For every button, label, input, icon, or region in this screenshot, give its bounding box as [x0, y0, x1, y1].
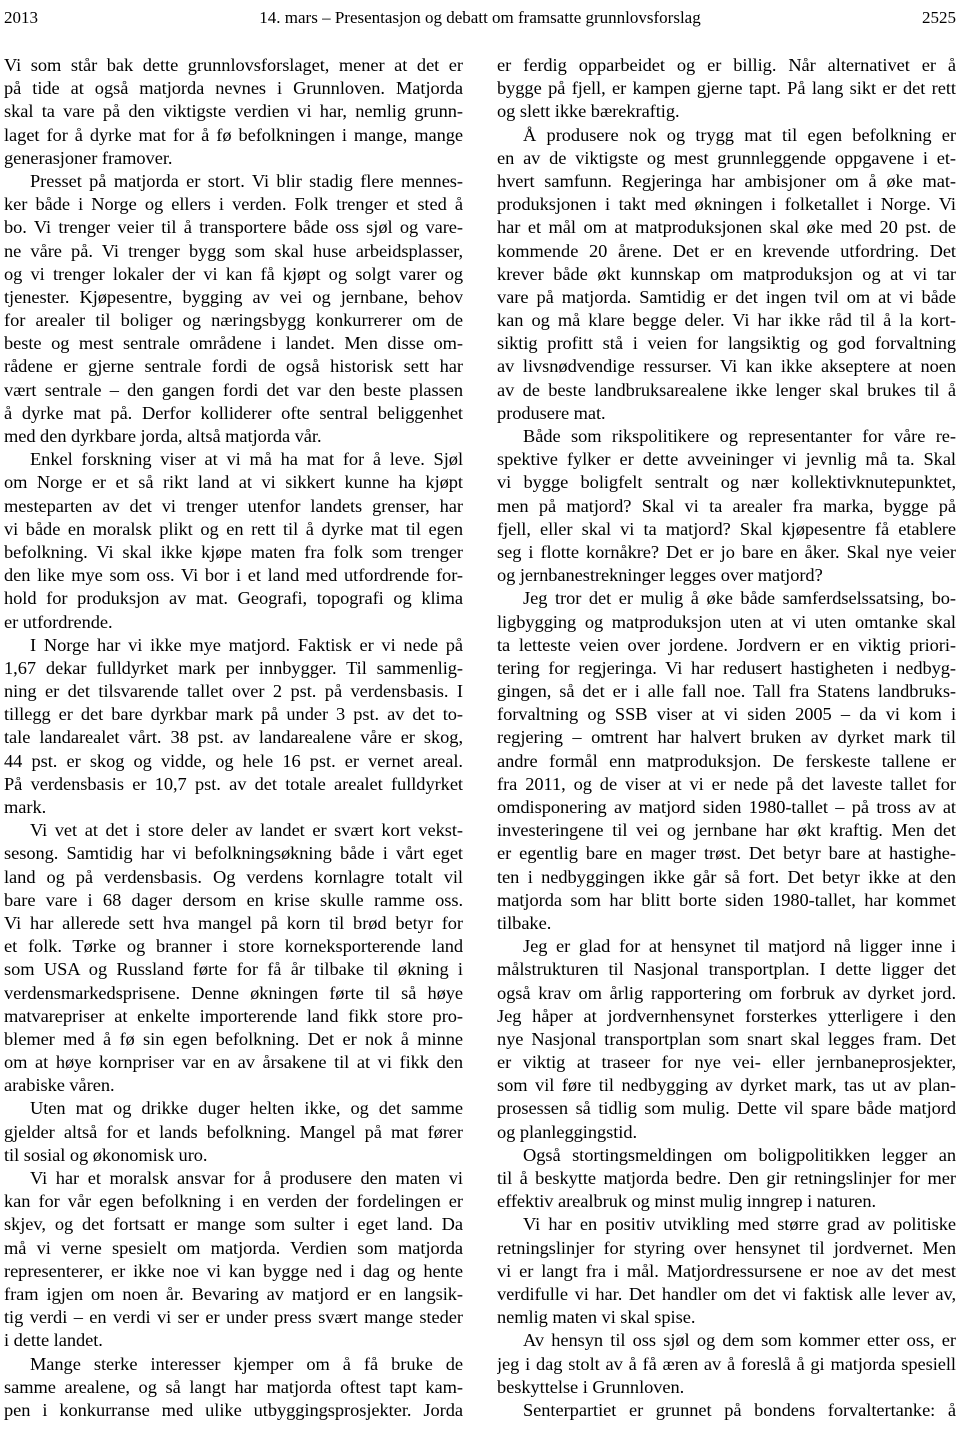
text-columns: Vi som står bak dette grunnlovsforslaget…	[4, 54, 956, 1422]
text-line: ker både i Norge og ellers i verden. Fol…	[4, 193, 463, 216]
text-line: arabiske våren.	[4, 1074, 463, 1097]
paragraph: Vi som står bak dette grunnlovsforslaget…	[4, 54, 463, 170]
text-line: tilbake.	[497, 912, 956, 935]
text-line: Mange sterke interesser kjemper om å få …	[4, 1353, 463, 1376]
text-line: spektive fylker er dette avveininger vi …	[497, 448, 956, 471]
text-line: målstrukturen til Nasjonal transportplan…	[497, 958, 956, 981]
paragraph: Enkel forskning viser at vi må ha mat fo…	[4, 448, 463, 634]
text-line: i dette landet.	[4, 1329, 463, 1352]
text-line: samme arealene, og så langt har matjorda…	[4, 1376, 463, 1399]
text-line: Uten mat og drikke duger helten ikke, og…	[4, 1097, 463, 1120]
text-line: Vi har allerede sett hva mangel på korn …	[4, 912, 463, 935]
text-line: ligbygging og matproduksjon uten at vi u…	[497, 611, 956, 634]
text-line: fram igjen om noen år. Bevaring av matjo…	[4, 1283, 463, 1306]
text-line: på tide at også matjorda nevnes i Grunnl…	[4, 77, 463, 100]
text-line: må vi verne spesielt om matjorda. Verdie…	[4, 1237, 463, 1260]
text-line: men på matjord? Skal vi ta arealer fra m…	[497, 495, 956, 518]
text-line: Vi som står bak dette grunnlovsforslaget…	[4, 54, 463, 77]
text-line: andre formål enn matproduksjon. De fersk…	[497, 750, 956, 773]
text-line: verdensmarkedsprisene. Denne økningen fø…	[4, 982, 463, 1005]
text-line: bo. Vi trenger veier til å transportere …	[4, 216, 463, 239]
text-line: av de beste landbruksarealene ikke lenge…	[497, 379, 956, 402]
text-line: vi er langt fra i mål. Matjordressursene…	[497, 1260, 956, 1283]
right-column: er ferdig opparbeidet og er billig. Når …	[497, 54, 956, 1422]
text-line: Presset på matjorda er stort. Vi blir st…	[4, 170, 463, 193]
text-line: Jeg tror det er mulig å øke både samferd…	[497, 587, 956, 610]
text-line: ten i nedbyggingen ikke går så fort. Det…	[497, 866, 956, 889]
text-line: og slett ikke bærekraftig.	[497, 100, 956, 123]
text-line: bygge på fjell, er kampen gjerne tapt. P…	[497, 77, 956, 100]
text-line: kan for vår egen befolkning i en verden …	[4, 1190, 463, 1213]
text-line: pen i konkurranse med ulike utbyggingspr…	[4, 1399, 463, 1422]
text-line: matvarepriser at enkelte importerende la…	[4, 1005, 463, 1028]
paragraph: Vi vet at det i store deler av landet er…	[4, 819, 463, 1097]
paragraph: Mange sterke interesser kjemper om å få …	[4, 1353, 463, 1423]
text-line: kan og må klare begge deler. Vi har ikke…	[497, 309, 956, 332]
document-page: { "page": { "background_color": "#ffffff…	[0, 0, 960, 1430]
text-line: mark.	[4, 796, 463, 819]
text-line: om at høye kornpriser var en av årsakene…	[4, 1051, 463, 1074]
text-line: nye Nasjonal transportplan som snart ska…	[497, 1028, 956, 1051]
text-line: produksjonen i takt med økningen i folke…	[497, 193, 956, 216]
text-line: omdisponering av matjord siden 1980-tall…	[497, 796, 956, 819]
paragraph: Både som rikspolitikere og representante…	[497, 425, 956, 587]
paragraph: Av hensyn til oss sjøl og dem som kommer…	[497, 1329, 956, 1399]
text-line: kommende 20 årene. Det er en krevende ut…	[497, 240, 956, 263]
paragraph: Vi har en positiv utvikling med større g…	[497, 1213, 956, 1329]
text-line: for arealer til boliger og næringsbygg k…	[4, 309, 463, 332]
paragraph: Senterpartiet er grunnet på bondens forv…	[497, 1399, 956, 1422]
text-line: om Norge er et så rikt land at vi sikker…	[4, 471, 463, 494]
text-line: har et mål om at matproduksjonen skal øk…	[497, 216, 956, 239]
text-line: er utfordrende.	[4, 611, 463, 634]
text-line: I Norge har vi ikke mye matjord. Faktisk…	[4, 634, 463, 657]
text-line: seg i flotte kornåkre? Det er jo bare en…	[497, 541, 956, 564]
text-line: hold for produksjon av mat. Geografi, to…	[4, 587, 463, 610]
text-line: til sosial og økonomisk uro.	[4, 1144, 463, 1167]
text-line: og jernbanestrekninger legges over matjo…	[497, 564, 956, 587]
text-line: effektiv arealbruk og minst mulig inngre…	[497, 1190, 956, 1213]
text-line: generasjoner framover.	[4, 147, 463, 170]
text-line: med den dyrkbare jorda, altså matjorda v…	[4, 425, 463, 448]
text-line: sesong. Samtidig har vi befolkningsøknin…	[4, 842, 463, 865]
paragraph: Å produsere nok og trygg mat til egen be…	[497, 124, 956, 425]
text-line: representerer, er ikke noe vi kan bygge …	[4, 1260, 463, 1283]
text-line: bare vare i 68 dager dersom en krise sku…	[4, 889, 463, 912]
text-line: er viktig at traseer for nye vei- eller …	[497, 1051, 956, 1074]
text-line: Både som rikspolitikere og representante…	[497, 425, 956, 448]
text-line: gjelder altså for et lands befolkning. M…	[4, 1121, 463, 1144]
text-line: 1,67 dekar fulldyrket mark per innbygger…	[4, 657, 463, 680]
text-line: til å beskytte matjorda bedre. Den gir r…	[497, 1167, 956, 1190]
text-line: jeg i dag stolt av å få æren av å foresl…	[497, 1353, 956, 1376]
text-line: den like mye som oss. Vi bor i et land m…	[4, 564, 463, 587]
paragraph: Uten mat og drikke duger helten ikke, og…	[4, 1097, 463, 1167]
text-line: tig verdi – en verdi vi ser er under pre…	[4, 1306, 463, 1329]
text-line: krever både økt kunnskap om matproduksjo…	[497, 263, 956, 286]
text-line: gingen, så det er i alle fall noe. Tall …	[497, 680, 956, 703]
text-line: nemlig maten vi skal spise.	[497, 1306, 956, 1329]
text-line: tale landarealet vårt. 38 pst. av landar…	[4, 726, 463, 749]
text-line: mesteparten av det vi trenger utenfor la…	[4, 495, 463, 518]
left-column: Vi som står bak dette grunnlovsforslaget…	[4, 54, 463, 1422]
text-line: Vi har et moralsk ansvar for å produsere…	[4, 1167, 463, 1190]
text-line: også krav om årlig rapportering om forbr…	[497, 982, 956, 1005]
paragraph: Jeg er glad for at hensynet til matjord …	[497, 935, 956, 1144]
text-line: er egentlig bare en mager trøst. Det bet…	[497, 842, 956, 865]
text-line: Enkel forskning viser at vi må ha mat fo…	[4, 448, 463, 471]
text-line: 44 pst. er skog og vidde, og hele 16 pst…	[4, 750, 463, 773]
text-line: Også stortingsmeldingen om boligpolitikk…	[497, 1144, 956, 1167]
page-header: 2013 14. mars – Presentasjon og debatt o…	[4, 6, 956, 30]
paragraph: Jeg tror det er mulig å øke både samferd…	[497, 587, 956, 935]
text-line: tillegg er det bare dyrkbar mark på unde…	[4, 703, 463, 726]
text-line: av livsnødvendige ressurser. Vi kan ikke…	[497, 355, 956, 378]
text-line: vi bygge boligfelt sentralt og nær kolle…	[497, 471, 956, 494]
text-line: Jeg er glad for at hensynet til matjord …	[497, 935, 956, 958]
text-line: fjell, eller skal vi ta matjord? Skal kj…	[497, 518, 956, 541]
text-line: Å produsere nok og trygg mat til egen be…	[497, 124, 956, 147]
paragraph: Også stortingsmeldingen om boligpolitikk…	[497, 1144, 956, 1214]
text-line: Jeg håper at jordvernhensynet forsterkes…	[497, 1005, 956, 1028]
text-line: vare på matjorda. Samtidig er det ingen …	[497, 286, 956, 309]
text-line: hvert samfunn. Regjeringa har ambisjoner…	[497, 170, 956, 193]
text-line: rådene er gjerne sentrale fordi de også …	[4, 355, 463, 378]
text-line: befolkning. Vi skal ikke kjøpe maten fra…	[4, 541, 463, 564]
header-page-number: 2525	[922, 6, 956, 30]
text-line: prosessen så tidlig som mulig. Dette vil…	[497, 1097, 956, 1120]
text-line: land og på verdensbasis. Og verdens korn…	[4, 866, 463, 889]
text-line: siktig profitt stå i veien for langsikti…	[497, 332, 956, 355]
text-line: ta letteste veien over jordene. Jordvern…	[497, 634, 956, 657]
text-line: fra 2011, og de viser at vi er nede på d…	[497, 773, 956, 796]
text-line: ning er det tilsvarende tallet over 2 ps…	[4, 680, 463, 703]
text-line: regjering – omtrent har halvert bruken a…	[497, 726, 956, 749]
text-line: blemer med å fø sin egen befolkning. Det…	[4, 1028, 463, 1051]
text-line: skal ta vare på den viktigste verdien vi…	[4, 100, 463, 123]
text-line: forvaltning og SSB viser at vi siden 200…	[497, 703, 956, 726]
text-line: Vi vet at det i store deler av landet er…	[4, 819, 463, 842]
paragraph: Vi har et moralsk ansvar for å produsere…	[4, 1167, 463, 1353]
paragraph: er ferdig opparbeidet og er billig. Når …	[497, 54, 956, 124]
text-line: er ferdig opparbeidet og er billig. Når …	[497, 54, 956, 77]
text-line: vi både en moralsk plikt og en rett til …	[4, 518, 463, 541]
text-line: verdifulle vi har. Det handler om det vi…	[497, 1283, 956, 1306]
text-line: å dyrke mat på. Derfor kolliderer ofte s…	[4, 402, 463, 425]
text-line: På verdensbasis er 10,7 pst. av det tota…	[4, 773, 463, 796]
text-line: en av de viktigste og mest grunnleggende…	[497, 147, 956, 170]
text-line: vært sentrale – den gangen fordi det var…	[4, 379, 463, 402]
text-line: beskyttelse i Grunnloven.	[497, 1376, 956, 1399]
text-line: laget for å dyrke mat for å fø befolknin…	[4, 124, 463, 147]
text-line: Senterpartiet er grunnet på bondens forv…	[497, 1399, 956, 1422]
text-line: skjev, og det fortsatt er mange som sult…	[4, 1213, 463, 1236]
text-line: produsere mat.	[497, 402, 956, 425]
paragraph: Presset på matjorda er stort. Vi blir st…	[4, 170, 463, 448]
text-line: Av hensyn til oss sjøl og dem som kommer…	[497, 1329, 956, 1352]
text-line: som USA og Russland førte for få år tilb…	[4, 958, 463, 981]
text-line: tering for regjeringa. Vi har redusert h…	[497, 657, 956, 680]
text-line: retningslinjer for styring over hensynet…	[497, 1237, 956, 1260]
paragraph: I Norge har vi ikke mye matjord. Faktisk…	[4, 634, 463, 820]
text-line: som vil føre til nedbygging av dyrket ma…	[497, 1074, 956, 1097]
text-line: matjorda som har blitt borte siden 1980-…	[497, 889, 956, 912]
text-line: beste og mest sentrale områdene i landet…	[4, 332, 463, 355]
header-session-title: 14. mars – Presentasjon og debatt om fra…	[4, 6, 956, 30]
text-line: ne våre på. Vi trenger bygg som skal hus…	[4, 240, 463, 263]
text-line: tjenester. Kjøpesentre, bygging av vei o…	[4, 286, 463, 309]
text-line: og vi trenger lokaler der vi kan få kjøp…	[4, 263, 463, 286]
text-line: Vi har en positiv utvikling med større g…	[497, 1213, 956, 1236]
text-line: investeringene til vei og jernbane har ø…	[497, 819, 956, 842]
text-line: et folk. Tørke og branner i store kornek…	[4, 935, 463, 958]
text-line: og planleggingstid.	[497, 1121, 956, 1144]
